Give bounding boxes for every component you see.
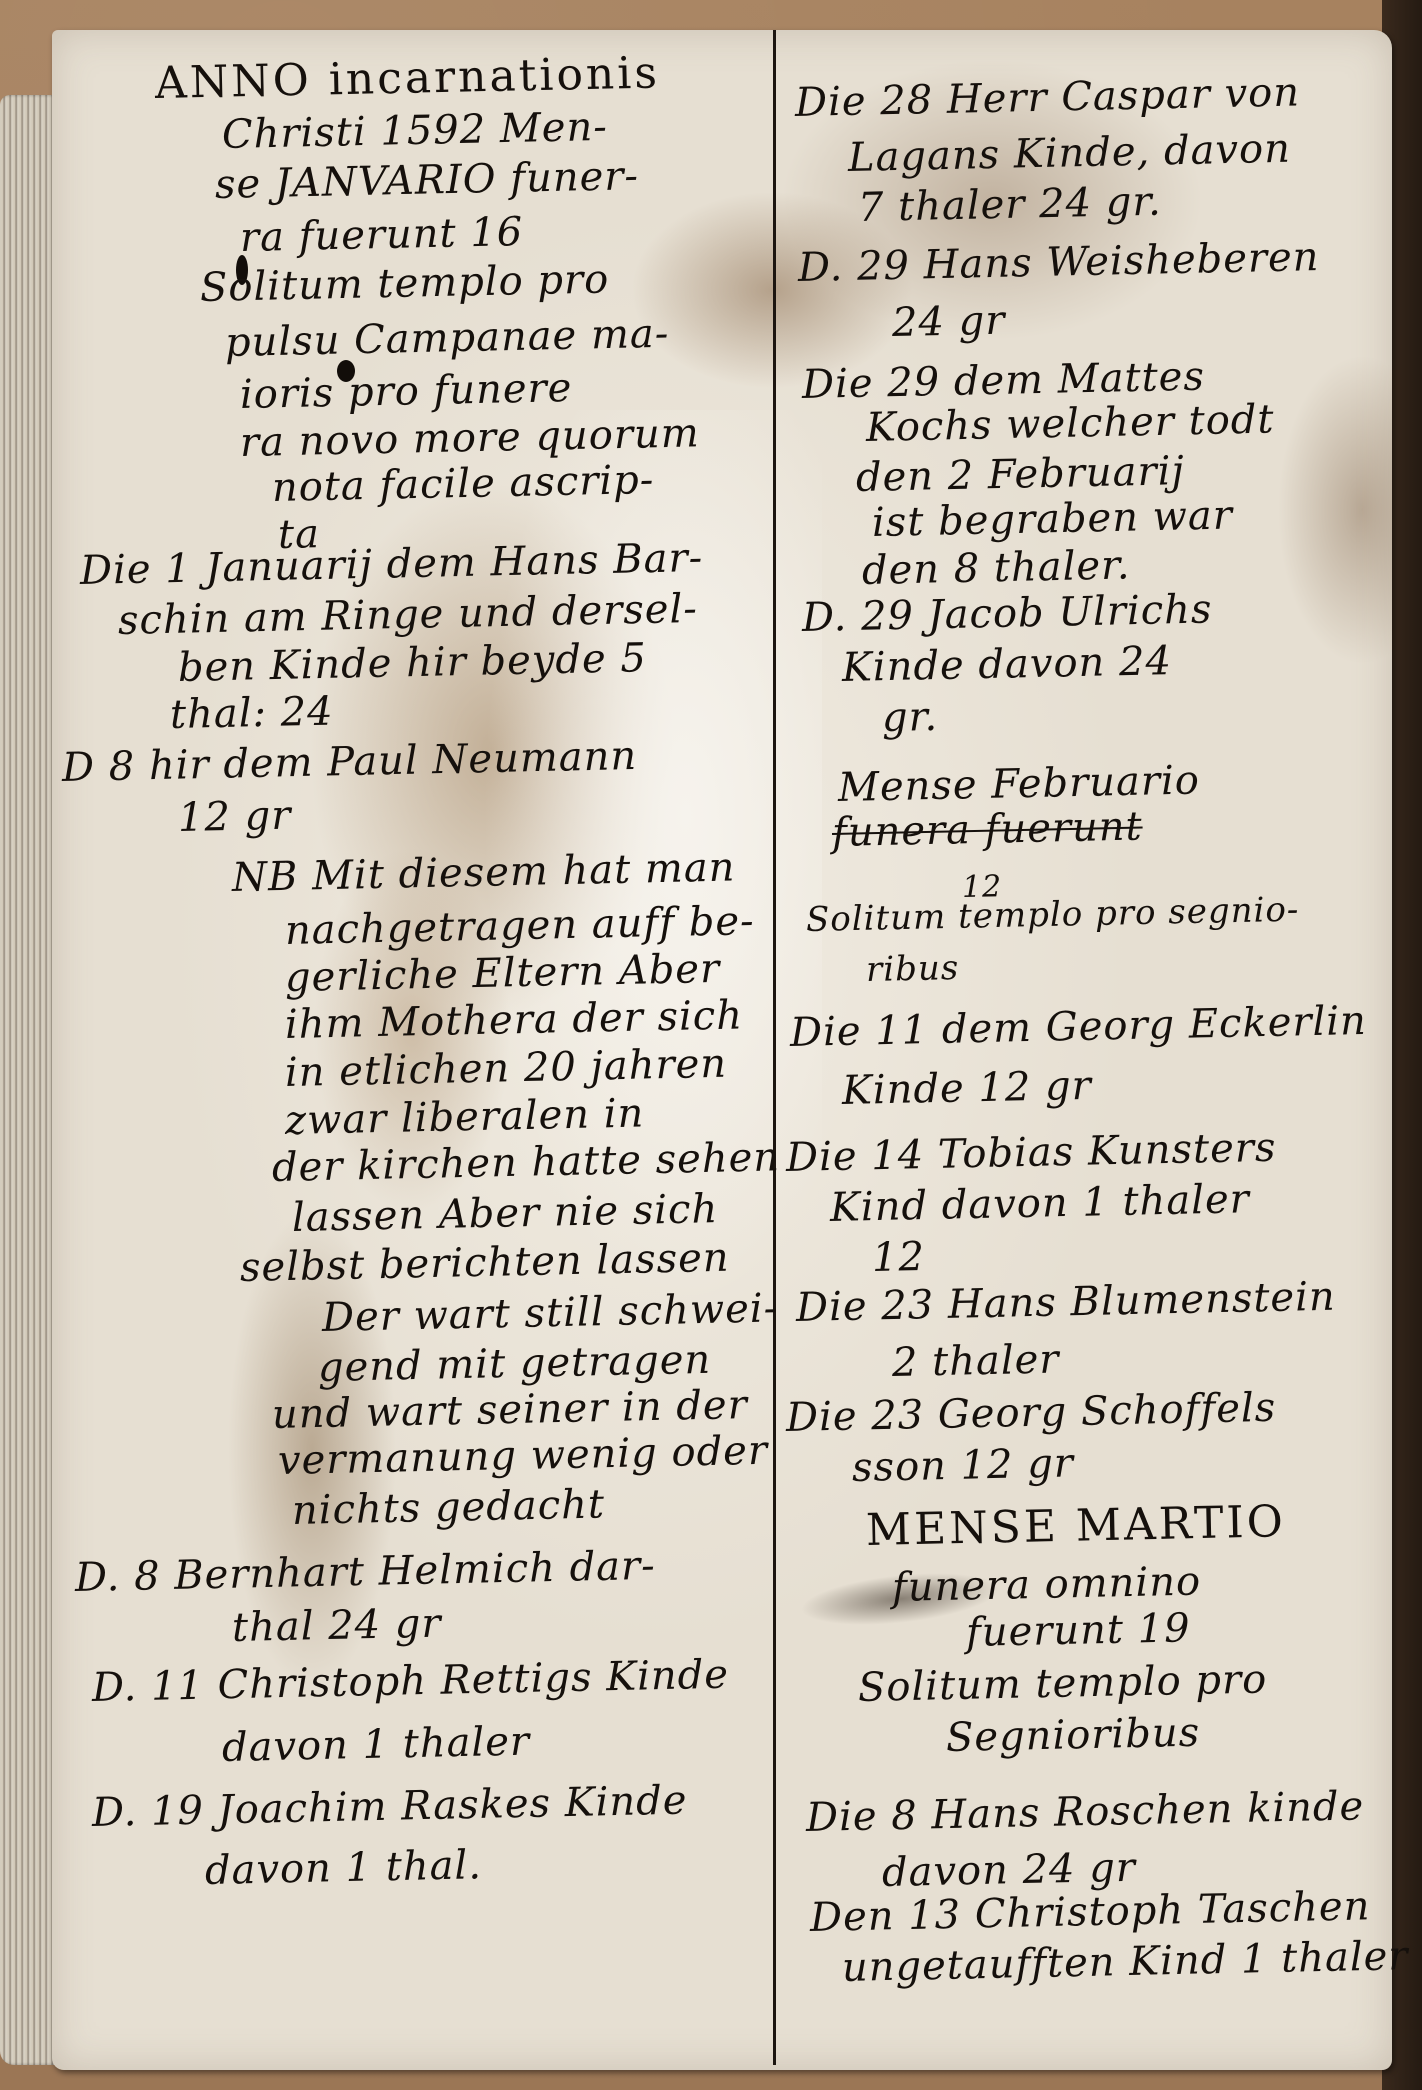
manuscript-line: Kochs welcher todt [866, 396, 1275, 451]
manuscript-line: Kinde davon 24 [842, 638, 1173, 691]
manuscript-line: davon 1 thal. [205, 1842, 483, 1894]
manuscript-line: ANNO incarnationis [154, 47, 660, 109]
manuscript-line: Christi 1592 Men- [222, 104, 609, 158]
manuscript-line: Solitum templo pro [200, 256, 610, 311]
manuscript-line: D. 29 Jacob Ulrichs [802, 586, 1213, 641]
manuscript-line: sson 12 gr [852, 1440, 1075, 1491]
manuscript-line: ioris pro funere [240, 365, 573, 418]
manuscript-line: gr. [882, 694, 939, 741]
manuscript-line: pulsu Campanae ma- [225, 311, 670, 366]
manuscript-line: nota facile ascrip- [272, 457, 655, 511]
manuscript-line: funera fuerunt [832, 803, 1144, 855]
manuscript-line: fuerunt 19 [966, 1605, 1191, 1656]
manuscript-line: gerliche Eltern Aber [285, 946, 721, 1001]
manuscript-line: ihm Mothera der sich [285, 992, 744, 1048]
manuscript-line: funera omnino [892, 1559, 1202, 1611]
manuscript-line: gend mit getragen [318, 1337, 712, 1391]
manuscript-line: thal: 24 [170, 689, 335, 738]
manuscript-line: nichts gedacht [292, 1481, 606, 1534]
manuscript-line: Mense Februario [838, 757, 1201, 811]
manuscript-line: den 2 Februarij [856, 448, 1186, 501]
manuscript-line: ra fuerunt 16 [240, 209, 524, 261]
manuscript-line: Segnioribus [946, 1710, 1201, 1761]
manuscript-line: ben Kinde hir beyde 5 [178, 635, 648, 691]
manuscript-line: thal 24 gr [232, 1601, 442, 1651]
manuscript-line: lassen Aber nie sich [292, 1186, 719, 1241]
manuscript-line: 2 thaler [892, 1336, 1060, 1385]
manuscript-line: den 8 thaler. [862, 542, 1131, 594]
manuscript-line: 12 [872, 1234, 926, 1281]
manuscript-line: 7 thaler 24 gr. [858, 179, 1163, 231]
manuscript-line: ribus [866, 948, 960, 990]
manuscript-line: ist begraben war [872, 492, 1234, 546]
manuscript-line: MENSE MARTIO [865, 1496, 1286, 1556]
manuscript-line: Der wart still schwei- [322, 1285, 779, 1341]
manuscript-line: 24 gr [892, 298, 1006, 346]
manuscript-line: se JANVARIO funer- [215, 153, 640, 208]
manuscript-line: davon 1 thaler [222, 1719, 531, 1771]
manuscript-line: 12 gr [178, 793, 292, 841]
column-divider-rule [773, 30, 776, 2065]
manuscript-line: Solitum templo pro [858, 1656, 1268, 1711]
manuscript-line: Kind davon 1 thaler [830, 1176, 1251, 1231]
manuscript-line: Lagans Kinde, davon [848, 126, 1292, 181]
manuscript-line: in etlichen 20 jahren [285, 1041, 728, 1096]
manuscript-line: zwar liberalen in [285, 1090, 645, 1144]
manuscript-line: Kinde 12 gr [842, 1063, 1093, 1114]
